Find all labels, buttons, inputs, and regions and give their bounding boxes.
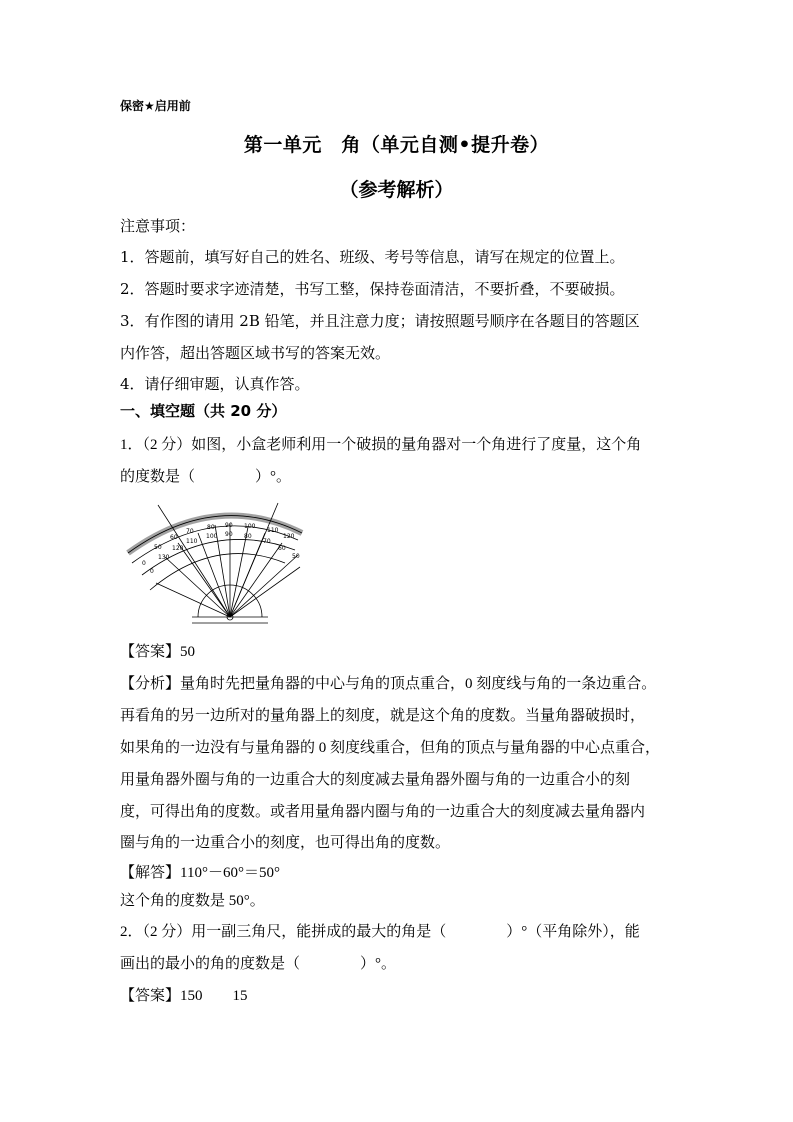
protractor-label: 80 xyxy=(244,533,252,540)
protractor-label: 110 xyxy=(267,527,279,534)
notice-item: 内作答，超出答题区域书写的答案无效。 xyxy=(120,342,390,363)
protractor-label: 90 xyxy=(225,531,233,538)
question-1-analysis: 【分析】量角时先把量角器的中心与角的顶点重合，0 刻度线与角的一条边重合。 xyxy=(120,672,656,693)
page-subtitle: （参考解析） xyxy=(0,175,793,202)
question-1-analysis: 用量角器外圈与角的一边重合大的刻度减去量角器外圈与角的一边重合小的刻 xyxy=(120,768,630,789)
broken-protractor-figure: 50 60 70 80 90 100 110 120 130 120 110 1… xyxy=(120,495,310,625)
exam-page: 保密★启用前 第一单元 角（单元自测•提升卷） （参考解析） 注意事项： 1．答… xyxy=(0,0,793,1122)
protractor-label: 0 xyxy=(150,568,154,575)
question-1-solution: 【解答】110°－60°＝50° xyxy=(120,861,280,882)
protractor-label: 130 xyxy=(158,554,170,561)
question-1-analysis: 圈与角的一边重合小的刻度，也可得出角的度数。 xyxy=(120,831,450,852)
notice-item: 4．请仔细审题，认真作答。 xyxy=(120,373,310,394)
notice-item: 2．答题时要求字迹清楚，书写工整，保持卷面清洁，不要折叠，不要破损。 xyxy=(120,278,625,299)
protractor-label: 110 xyxy=(186,538,198,545)
protractor-label: 80 xyxy=(207,524,215,531)
question-2-line: 画出的最小的角的度数是（ ）°。 xyxy=(120,952,396,973)
confidential-label: 保密★启用前 xyxy=(120,97,191,114)
protractor-label: 60 xyxy=(170,534,178,541)
notice-item: 1．答题前，填写好自己的姓名、班级、考号等信息，请写在规定的位置上。 xyxy=(120,246,625,267)
section-heading: 一、填空题（共 20 分） xyxy=(120,400,286,421)
question-1-answer: 【答案】50 xyxy=(120,640,195,661)
protractor-label: 120 xyxy=(172,545,184,552)
protractor-label: 100 xyxy=(244,523,256,530)
protractor-label: 0 xyxy=(142,560,146,567)
question-1-line: 的度数是（ ）°。 xyxy=(120,465,291,486)
notice-item: 3．有作图的请用 2B 铅笔，并且注意力度；请按照题号顺序在各题目的答题区 xyxy=(120,310,640,331)
protractor-label: 70 xyxy=(186,528,194,535)
question-1-analysis: 度，可得出角的度数。或者用量角器内圈与角的一边重合大的刻度减去量角器内 xyxy=(120,800,645,821)
page-title: 第一单元 角（单元自测•提升卷） xyxy=(0,130,793,157)
protractor-label: 70 xyxy=(263,538,271,545)
protractor-label: 60 xyxy=(278,545,286,552)
question-1-conclusion: 这个角的度数是 50°。 xyxy=(120,889,265,910)
protractor-label: 100 xyxy=(206,533,218,540)
notice-heading: 注意事项： xyxy=(120,215,195,236)
protractor-label: 50 xyxy=(292,553,300,560)
question-1-line: 1．（2 分）如图，小盒老师利用一个破损的量角器对一个角进行了度量，这个角 xyxy=(120,433,641,454)
protractor-label: 120 xyxy=(283,533,295,540)
question-1-analysis: 再看角的另一边所对的量角器上的刻度，就是这个角的度数。当量角器破损时， xyxy=(120,704,645,725)
question-2-line: 2．（2 分）用一副三角尺，能拼成的最大的角是（ ）°（平角除外），能 xyxy=(120,920,640,941)
question-2-answer: 【答案】150 15 xyxy=(120,984,248,1005)
protractor-label: 90 xyxy=(225,522,233,529)
protractor-label: 50 xyxy=(154,544,162,551)
question-1-analysis: 如果角的一边没有与量角器的 0 刻度线重合，但角的顶点与量角器的中心点重合， xyxy=(120,736,660,757)
